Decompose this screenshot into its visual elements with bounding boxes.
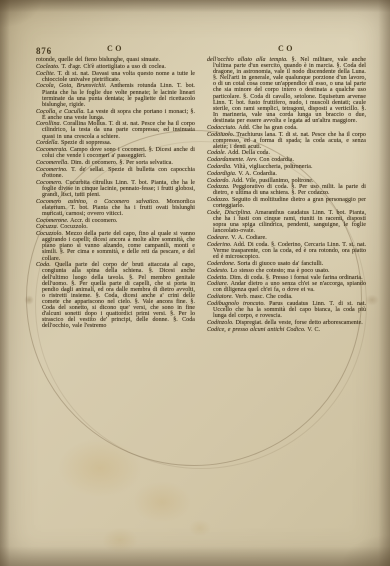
- dictionary-entry: Coclite. T. di st. nat. Davasi una volta…: [36, 71, 195, 83]
- dictionary-entry: Codibugnolo troncato. Parus caudatus Lin…: [207, 301, 366, 319]
- dictionary-entry: Codice, e presso alcuni antichi Codico. …: [207, 327, 366, 333]
- dictionary-entry: Codaiuolo. Trachiurus lana. T. di st. na…: [207, 132, 366, 150]
- dictionary-entry: Codardamente. Avv. Con codardia.: [207, 157, 366, 163]
- dictionary-entry: Cocola, Gota, Brunsvichii. Anthemis rotu…: [36, 83, 195, 107]
- dictionary-entry: Codiare. Andar dietro a uno senza ch'ei …: [207, 281, 366, 293]
- dictionary-entry: Coderdone. Sorta di giuoco usato da' fan…: [207, 261, 366, 267]
- dictionary-entry: Code, Disciplina. Amaranthus caudatus Li…: [207, 210, 366, 234]
- dictionary-entry: Cocomero asinino, o Cocomero salvatico. …: [36, 199, 195, 217]
- dictionary-entry: Codacciuto. Add. Che ha gran coda.: [207, 125, 366, 131]
- dictionary-entry: Codardia. Viltà, vigliaccheria, poltrone…: [207, 164, 366, 170]
- dictionary-entry: Codardigia. V. A. Codardia.: [207, 171, 366, 177]
- dictionary-entry: Coderino. Add. Di coda. §. Coderino, Cer…: [207, 242, 366, 260]
- dictionary-entry: Codale. Add. Della coda.: [207, 150, 366, 156]
- dictionary-entry: Cocomerino. T. de' sellai. Spezie di bul…: [36, 167, 195, 179]
- dictionary-entry: Codetta. Dim. di coda. §. Presso i forna…: [207, 275, 366, 281]
- dictionary-entry: rotonde, quelle del fieno bislunghe, qua…: [36, 57, 195, 63]
- scanned-dictionary-page: 876 CO CO rotonde, quelle del fieno bisl…: [0, 0, 390, 566]
- dictionary-entry: Codinzolo. Dispregiat. della veste, fors…: [207, 320, 366, 326]
- column-header-left: CO: [36, 44, 195, 56]
- dictionary-entry: Codazza. Peggiorativo di coda. §. Per us…: [207, 184, 366, 196]
- column-header-right: CO: [207, 44, 366, 56]
- dictionary-entry: Cocuzza. Cocuzzolo.: [36, 224, 195, 230]
- dictionary-entry: Cocomerone. Accr. di cocomero.: [36, 218, 195, 224]
- dictionary-entry: Codiatore. Verb. masc. Che codia.: [207, 294, 366, 300]
- dictionary-entry: Codesto. Lo stesso che cotesto; ma è poc…: [207, 268, 366, 274]
- left-column: rotonde, quelle del fieno bislunghe, qua…: [36, 57, 195, 558]
- dictionary-entry: Cocomerella. Dim. di cocomero. §. Per so…: [36, 160, 195, 166]
- running-head: 876 CO CO: [36, 44, 366, 56]
- dictionary-entry: Coda. Quella parte del corpo de' bruti a…: [36, 262, 195, 329]
- dictionary-entry: Cocomeraia. Campo dove sono i cocomeri. …: [36, 147, 195, 159]
- dictionary-entry: Codardo. Add. Vile, pusillanimo, poltron…: [207, 178, 366, 184]
- dictionary-entry: Cocolla, e Cuculla. La veste di sopra ch…: [36, 109, 195, 121]
- dictionary-entry: Cocuzzolo. Mezzo della parte del capo, f…: [36, 231, 195, 261]
- page-number: 876: [36, 46, 52, 56]
- dictionary-entry: Corollina. Corallina Mollus. T. di st. n…: [36, 121, 195, 139]
- dictionary-entry: dell'occhio allato alla tempia. §. Nel m…: [207, 57, 366, 124]
- dictionary-entry: Codeare. V. A. Codiare.: [207, 235, 366, 241]
- dictionary-entry: Cocomero. Cucurbita citrullus Linn. T. b…: [36, 180, 195, 198]
- text-columns: rotonde, quelle del fieno bislunghe, qua…: [36, 57, 366, 558]
- right-column: dell'occhio allato alla tempia. §. Nel m…: [207, 57, 366, 558]
- dictionary-entry: Codazzo. Seguito di moltitudine dietro a…: [207, 197, 366, 209]
- dictionary-entry: Cocleato. T. d'agr. Ch'è attortigliato a…: [36, 64, 195, 70]
- dictionary-entry: Cordella. Spezie di soppressa.: [36, 140, 195, 146]
